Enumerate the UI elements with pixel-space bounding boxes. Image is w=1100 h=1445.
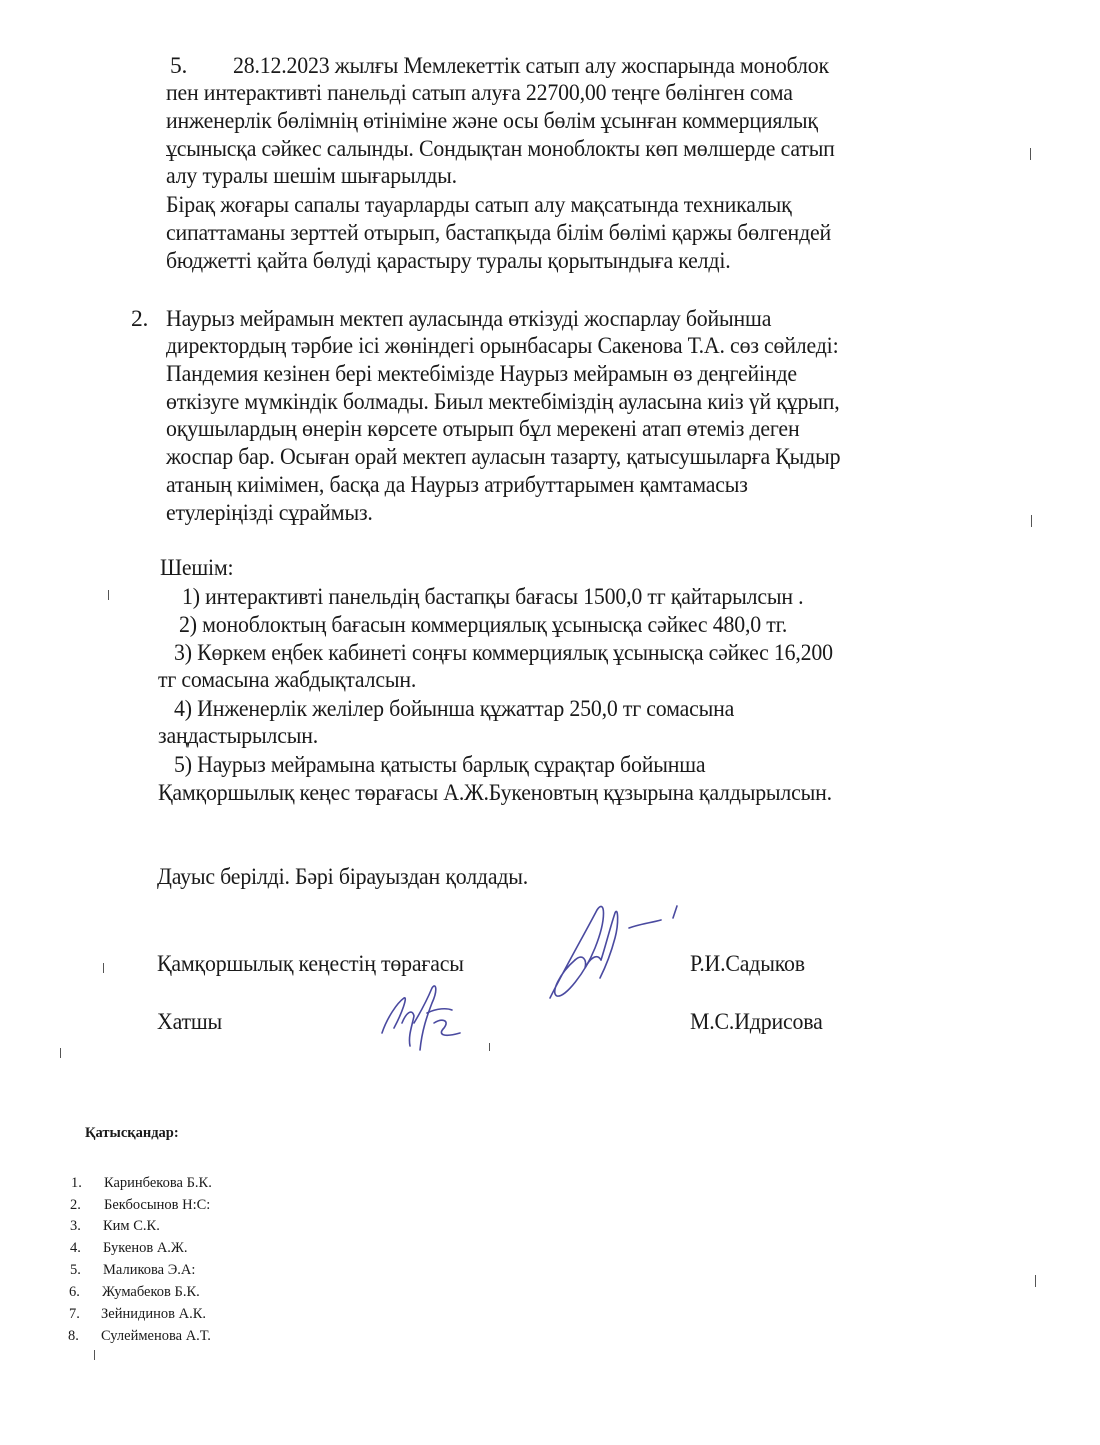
section-5-line: 28.12.2023 жылғы Мемлекеттік сатып алу ж… [233, 52, 829, 80]
decision-item: 2) моноблоктың бағасын коммерциялық ұсын… [179, 611, 787, 639]
secretary-signature-icon [372, 978, 472, 1053]
decision-title: Шешім: [160, 554, 233, 582]
section-5-line: пен интерактивті панельді сатып алуға 22… [166, 79, 793, 107]
section-5-line: алу туралы шешім шығарылды. [166, 162, 457, 190]
decision-item-cont: Қамқоршылық кеңес төрағасы А.Ж.Букеновты… [158, 779, 832, 807]
section-2-line: Наурыз мейрамын мектеп ауласында өткізуд… [166, 305, 771, 333]
decision-item-cont: заңдастырылсын. [158, 722, 318, 750]
scan-mark [489, 1043, 490, 1051]
section-5-line: сипаттаманы зерттей отырып, бастапқыда б… [166, 219, 831, 247]
decision-item-cont: тг сомасына жабдықталсын. [158, 666, 416, 694]
decision-item: 3) Көркем еңбек кабинеті соңғы коммерция… [174, 639, 833, 667]
chair-name: Р.И.Садыков [690, 950, 805, 978]
section-2-line: етулеріңізді сұраймыз. [166, 499, 373, 527]
decision-item: 1) интерактивті панельдің бастапқы бағас… [182, 583, 803, 611]
decision-item: 5) Наурыз мейрамына қатысты барлық сұрақ… [174, 751, 705, 779]
section-5-line: ұсынысқа сәйкес салынды. Сондықтан моноб… [166, 135, 835, 163]
section-2-line: директордың тәрбие ісі жөніндегі орынбас… [166, 332, 838, 360]
scan-mark [108, 590, 109, 600]
section-2-line: Пандемия кезінен бері мектебімізде Науры… [166, 360, 797, 388]
scan-mark [103, 963, 104, 973]
section-5-line: инженерлік бөлімнің өтініміне және осы б… [166, 107, 818, 135]
section-5-line: Бірақ жоғары сапалы тауарларды сатып алу… [166, 191, 792, 219]
scan-mark [1031, 515, 1032, 527]
decision-item: 4) Инженерлік желілер бойынша құжаттар 2… [174, 695, 734, 723]
section-2-line: оқушылардың өнерін көрсете отырып бұл ме… [166, 415, 799, 443]
participants-title: Қатысқандар: [85, 1122, 179, 1144]
chair-title: Қамқоршылық кеңестің төрағасы [157, 950, 464, 978]
scan-mark [94, 1350, 95, 1360]
vote-result: Дауыс берілді. Бәрі бірауыздан қолдады. [157, 863, 528, 891]
secretary-title: Хатшы [157, 1008, 222, 1036]
secretary-name: М.С.Идрисова [690, 1008, 823, 1036]
scan-mark [1035, 1275, 1036, 1287]
scan-mark [1030, 148, 1031, 160]
scan-mark [60, 1048, 61, 1058]
section-2-line: жоспар бар. Осыған орай мектеп ауласын т… [166, 443, 840, 471]
chair-signature-icon [535, 898, 695, 1008]
section-2-number: 2. [131, 305, 148, 333]
section-2-line: өткізуге мүмкіндік болмады. Биыл мектебі… [166, 388, 840, 416]
section-5-line: бюджетті қайта бөлуді қарастыру туралы қ… [166, 247, 730, 275]
section-5-number: 5. [170, 52, 187, 80]
section-2-line: атаның киімімен, басқа да Наурыз атрибут… [166, 471, 748, 499]
